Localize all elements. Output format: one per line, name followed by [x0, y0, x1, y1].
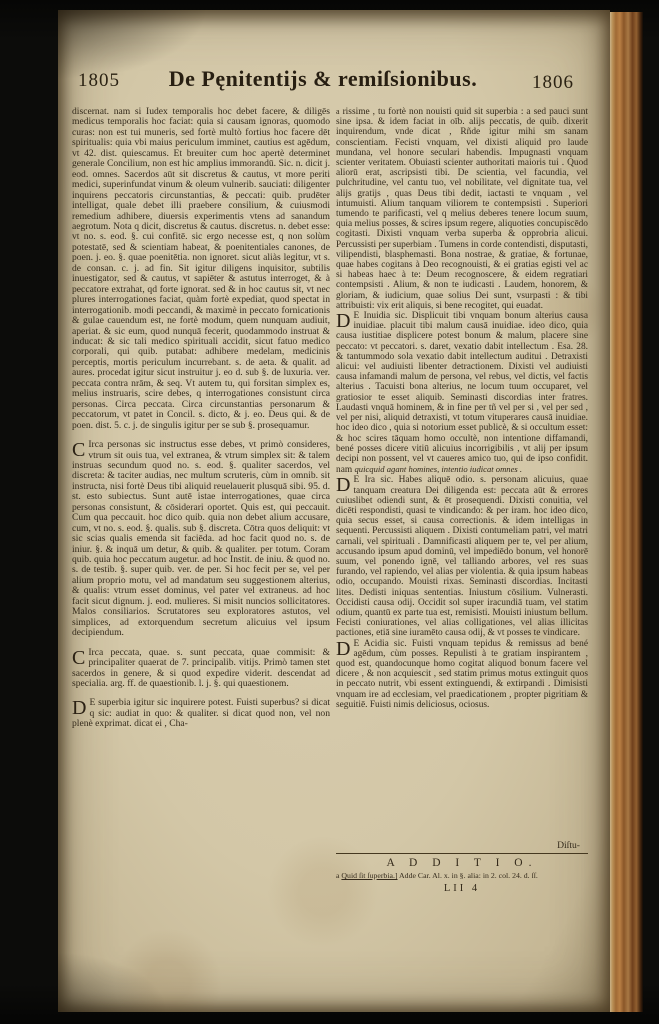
paragraph-continuation: discernat. nam si Iudex temporalis hoc d… — [72, 107, 330, 431]
paragraph-charissime: arissime , tu fortè non nouisti quid sit… — [336, 107, 588, 311]
paragraph-text: E Acidia sic. Fuisti vnquam tepidus & re… — [336, 639, 588, 710]
additio-note-citation: Adde Car. Al. x. in §. alia: in 2. col. … — [398, 871, 538, 880]
drop-cap-initial: C — [72, 648, 88, 667]
drop-cap-initial: D — [336, 311, 353, 330]
additio-rule — [336, 853, 588, 854]
additio-block: A D D I T I O. a Quid ſit ſuperbia.] Add… — [336, 853, 588, 905]
paragraph-de-ira: DE Ira sic. Habes aliquē odio. s. person… — [336, 475, 588, 638]
paragraph-circa-peccata: CIrca peccata, quae. s. sunt peccata, qu… — [72, 648, 330, 690]
paragraph-de-inuidia: DE Inuidia sic. Displicuit tibi vnquam b… — [336, 311, 588, 475]
photograph-background: 1805 De Pęnitentijs & remiſsionibus. 180… — [0, 0, 659, 1024]
paragraph-text: Irca personas sic instructus esse debes,… — [72, 439, 330, 638]
page-corner-shadow-bottom-left — [58, 952, 168, 1012]
catchword: Diſtu- — [336, 840, 580, 851]
folio-number-left: 1805 — [78, 70, 120, 92]
additio-note-lemma: Quid ſit ſuperbia.] — [341, 871, 397, 880]
paragraph-de-acidia: DE Acidia sic. Fuisti vnquam tepidus & r… — [336, 639, 588, 710]
paragraph-text: E Ira sic. Habes aliquē odio. s. persona… — [336, 475, 588, 638]
paragraph-de-superbia: DE superbia igitur sic inquirere potest.… — [72, 698, 330, 729]
book-page: 1805 De Pęnitentijs & remiſsionibus. 180… — [58, 10, 610, 1012]
paragraph-text: rissime , tu fortè non nouisti quid sit … — [336, 107, 588, 311]
signature-mark: LII 4 — [336, 883, 588, 894]
book-fore-edge — [610, 12, 643, 1012]
paragraph-circa-personas: CIrca personas sic instructus esse debes… — [72, 440, 330, 639]
paragraph-text: discernat. nam si Iudex temporalis hoc d… — [72, 107, 330, 431]
paragraph-text: Irca peccata, quae. s. sunt peccata, qua… — [72, 647, 330, 689]
additio-note: a Quid ſit ſuperbia.] Adde Car. Al. x. i… — [336, 871, 588, 880]
paragraph-italic-maxim: quicquid agant homines, intentio iudicat… — [355, 464, 523, 474]
running-title: De Pęnitentijs & remiſsionibus. — [128, 66, 518, 92]
drop-cap-initial: D — [336, 475, 353, 494]
folio-number-right: 1806 — [532, 72, 574, 94]
drop-cap-initial: D — [72, 698, 89, 717]
paragraph-text: E superbia igitur sic inquirere potest. … — [72, 697, 330, 729]
additio-title: A D D I T I O. — [336, 857, 588, 869]
text-column-right: arissime , tu fortè non nouisti quid sit… — [336, 107, 588, 845]
drop-cap-initial: D — [336, 639, 353, 658]
drop-cap-initial: C — [72, 440, 88, 459]
text-column-left: discernat. nam si Iudex temporalis hoc d… — [72, 107, 330, 889]
paragraph-text: E Inuidia sic. Displicuit tibi vnquam bo… — [336, 311, 588, 475]
